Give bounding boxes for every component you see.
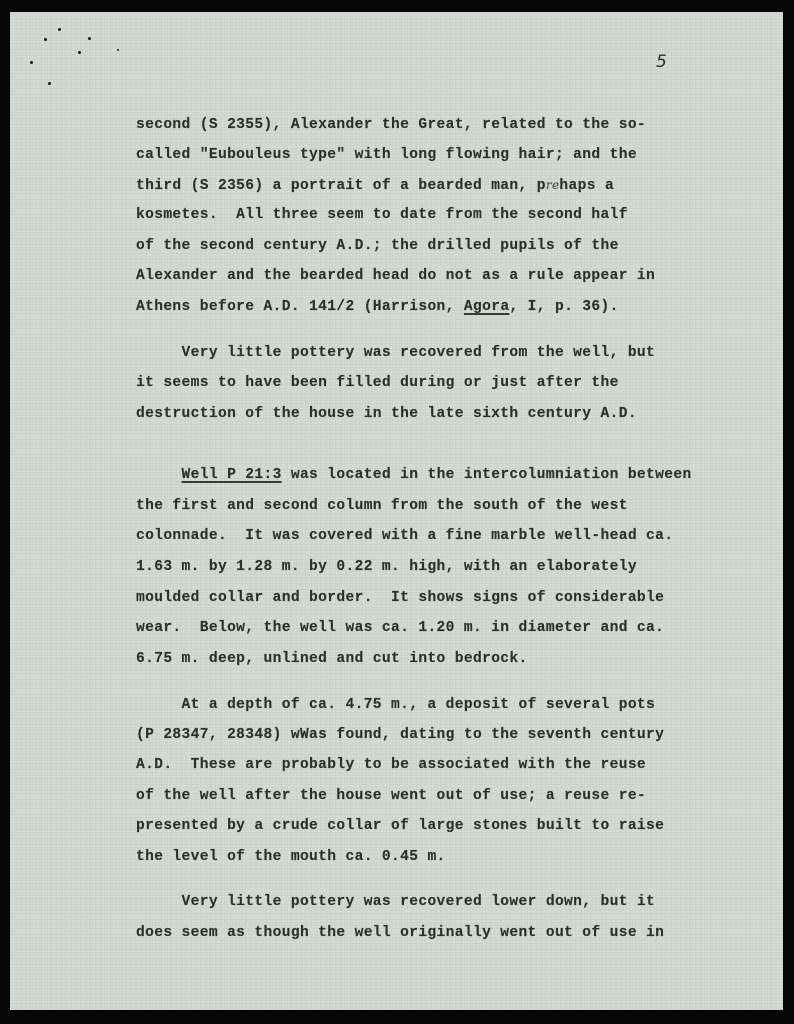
dust-speck bbox=[30, 61, 33, 64]
handwritten-correction: re bbox=[546, 178, 560, 192]
text-line: Athens before A.D. 141/2 (Harrison, Agor… bbox=[136, 296, 619, 318]
text-line: Well P 21:3 was located in the intercolu… bbox=[136, 464, 692, 486]
text-line: destruction of the house in the late six… bbox=[136, 403, 637, 425]
text-line: third (S 2356) a portrait of a bearded m… bbox=[136, 174, 614, 196]
text-line: moulded collar and border. It shows sign… bbox=[136, 587, 664, 609]
text-line: A.D. These are probably to be associated… bbox=[136, 754, 646, 776]
dust-speck bbox=[58, 28, 61, 31]
dust-speck bbox=[44, 38, 47, 41]
text-line: does seem as though the well originally … bbox=[136, 922, 664, 944]
dust-speck bbox=[88, 37, 91, 40]
dust-speck bbox=[78, 51, 81, 54]
page-number: 5 bbox=[656, 52, 667, 72]
dust-speck bbox=[48, 82, 51, 85]
text-line: Very little pottery was recovered from t… bbox=[136, 342, 655, 364]
text-line: colonnade. It was covered with a fine ma… bbox=[136, 525, 673, 547]
text-line: called "Eubouleus type" with long flowin… bbox=[136, 144, 637, 166]
text-line: Very little pottery was recovered lower … bbox=[136, 891, 655, 913]
text-line: it seems to have been filled during or j… bbox=[136, 372, 619, 394]
typewritten-page: 5 second (S 2355), Alexander the Great, … bbox=[10, 12, 783, 1010]
text-line: of the second century A.D.; the drilled … bbox=[136, 235, 619, 257]
scan-frame: 5 second (S 2355), Alexander the Great, … bbox=[0, 0, 794, 1024]
text-line: the level of the mouth ca. 0.45 m. bbox=[136, 846, 446, 868]
section-heading: Well P 21:3 bbox=[182, 467, 282, 483]
text-line: of the well after the house went out of … bbox=[136, 785, 646, 807]
text-line: wear. Below, the well was ca. 1.20 m. in… bbox=[136, 617, 664, 639]
text-line: 1.63 m. by 1.28 m. by 0.22 m. high, with… bbox=[136, 556, 637, 578]
text-line: (P 28347, 28348) wWas found, dating to t… bbox=[136, 724, 664, 746]
text-line: At a depth of ca. 4.75 m., a deposit of … bbox=[136, 694, 655, 716]
text-line: presented by a crude collar of large sto… bbox=[136, 815, 664, 837]
dust-speck bbox=[117, 49, 119, 51]
text-line: the first and second column from the sou… bbox=[136, 495, 628, 517]
underlined-title: Agora bbox=[464, 299, 510, 315]
text-line: kosmetes. All three seem to date from th… bbox=[136, 204, 628, 226]
text-line: Alexander and the bearded head do not as… bbox=[136, 265, 655, 287]
text-line: 6.75 m. deep, unlined and cut into bedro… bbox=[136, 648, 528, 670]
text-line: second (S 2355), Alexander the Great, re… bbox=[136, 114, 646, 136]
